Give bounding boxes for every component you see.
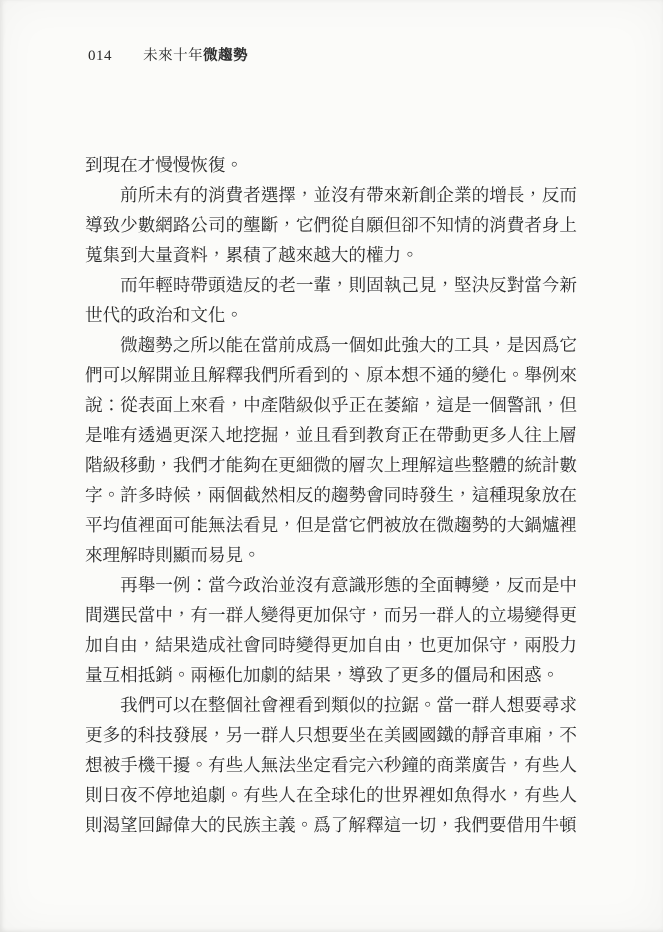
paragraph-cutoff: 我們可以在整個社會裡看到類似的拉鋸。當一群人想要尋求更多的科技發展，另一群人只想…	[85, 690, 577, 840]
book-title-emphasis: 微趨勢	[203, 48, 248, 64]
body-text: 到現在才慢慢恢復。 前所未有的消費者選擇，並沒有帶來新創企業的增長，反而導致少數…	[85, 150, 577, 840]
book-title: 未來十年微趨勢	[143, 46, 248, 66]
paragraph: 再舉一例：當今政治並沒有意識形態的全面轉變，反而是中間選民當中，有一群人變得更加…	[85, 570, 577, 690]
paragraph-continuation: 到現在才慢慢恢復。	[85, 150, 577, 180]
page-number: 014	[88, 46, 112, 66]
paragraph: 微趨勢之所以能在當前成爲一個如此強大的工具，是因爲它們可以解開並且解釋我們所看到…	[85, 330, 577, 570]
book-title-regular: 未來十年	[143, 48, 203, 64]
running-header: 014 未來十年微趨勢	[88, 46, 577, 66]
paragraph: 而年輕時帶頭造反的老一輩，則固執己見，堅決反對當今新世代的政治和文化。	[85, 270, 577, 330]
paragraph: 前所未有的消費者選擇，並沒有帶來新創企業的增長，反而導致少數網路公司的壟斷，它們…	[85, 180, 577, 270]
book-page: 014 未來十年微趨勢 到現在才慢慢恢復。 前所未有的消費者選擇，並沒有帶來新創…	[0, 0, 663, 932]
